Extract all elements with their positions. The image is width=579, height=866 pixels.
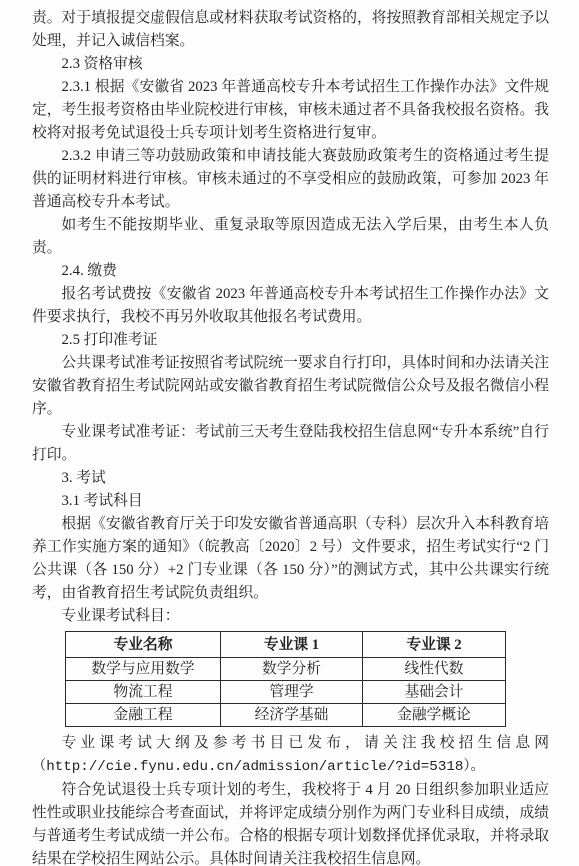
paragraph-integrity-warning: 责。对于填报提交虚假信息或材料获取考试资格的，将按照教育部相关规定予以处理，并记… bbox=[32, 7, 549, 53]
table-row: 物流工程 管理学 基础会计 bbox=[66, 681, 506, 704]
table-cell: 经济学基础 bbox=[221, 704, 363, 727]
document-page: 责。对于填报提交虚假信息或材料获取考试资格的，将按照教育部相关规定予以处理，并记… bbox=[0, 0, 579, 866]
table-cell: 金融工程 bbox=[66, 704, 221, 727]
table-cell: 物流工程 bbox=[66, 681, 221, 704]
table-cell: 数学与应用数学 bbox=[66, 658, 221, 681]
table-cell: 数学分析 bbox=[221, 658, 363, 681]
table-cell: 管理学 bbox=[221, 681, 363, 704]
paragraph-subjects-label: 专业课考试科目： bbox=[32, 605, 549, 628]
table-header-row: 专业名称 专业课 1 专业课 2 bbox=[66, 632, 506, 658]
table-row: 金融工程 经济学基础 金融学概论 bbox=[66, 704, 506, 727]
paragraph-syllabus-announcement: 专业课考试大纲及参考书目已发布，请关注我校招生信息网（http://cie.fy… bbox=[32, 732, 549, 779]
table-header-major-course-2: 专业课 2 bbox=[363, 632, 506, 658]
article-url: （http://cie.fynu.edu.cn/admission/articl… bbox=[32, 759, 485, 775]
syllabus-text: 专业课考试大纲及参考书目已发布，请关注我校招生信息网 bbox=[62, 735, 550, 751]
table-cell: 基础会计 bbox=[363, 681, 506, 704]
table-cell: 金融学概论 bbox=[363, 704, 506, 727]
table-header-major-name: 专业名称 bbox=[66, 632, 221, 658]
paragraph-2-3-1-qualification-review: 2.3.1 根据《安徽省 2023 年普通高校专升本考试招生工作操作办法》文件规… bbox=[32, 76, 549, 145]
paragraph-exam-fee: 报名考试费按《安徽省 2023 年普通高校专升本考试招生工作操作办法》文件要求执… bbox=[32, 283, 549, 329]
paragraph-2-3-2-incentive-policy: 2.3.2 申请三等功鼓励政策和申请技能大赛鼓励政策考生的资格通过考生提供的证明… bbox=[32, 145, 549, 214]
subjects-table: 专业名称 专业课 1 专业课 2 数学与应用数学 数学分析 线性代数 物流工程 … bbox=[65, 631, 506, 727]
section-heading-2-5: 2.5 打印准考证 bbox=[32, 329, 549, 352]
paragraph-major-course-admission-ticket: 专业课考试准考证：考试前三天考生登陆我校招生信息网“专升本系统”自行打印。 bbox=[32, 421, 549, 467]
paragraph-graduation-responsibility: 如考生不能按期毕业、重复录取等原因造成无法入学后果，由考生本人负责。 bbox=[32, 214, 549, 260]
section-heading-3: 3. 考试 bbox=[32, 467, 549, 490]
table-header-major-course-1: 专业课 1 bbox=[221, 632, 363, 658]
paragraph-public-course-admission-ticket: 公共课考试准考证按照省考试院统一要求自行打印，具体时间和办法请关注安徽省教育招生… bbox=[32, 352, 549, 421]
section-heading-2-4: 2.4. 缴费 bbox=[32, 260, 549, 283]
paragraph-veteran-exemption-plan: 符合免试退役士兵专项计划的考生，我校将于 4 月 20 日组织参加职业适应性性或… bbox=[32, 779, 549, 866]
section-heading-3-1: 3.1 考试科目 bbox=[32, 490, 549, 513]
section-heading-2-3: 2.3 资格审核 bbox=[32, 53, 549, 76]
table-cell: 线性代数 bbox=[363, 658, 506, 681]
paragraph-exam-structure: 根据《安徽省教育厅关于印发安徽省普通高职（专科）层次升入本科教育培养工作实施方案… bbox=[32, 513, 549, 605]
table-row: 数学与应用数学 数学分析 线性代数 bbox=[66, 658, 506, 681]
